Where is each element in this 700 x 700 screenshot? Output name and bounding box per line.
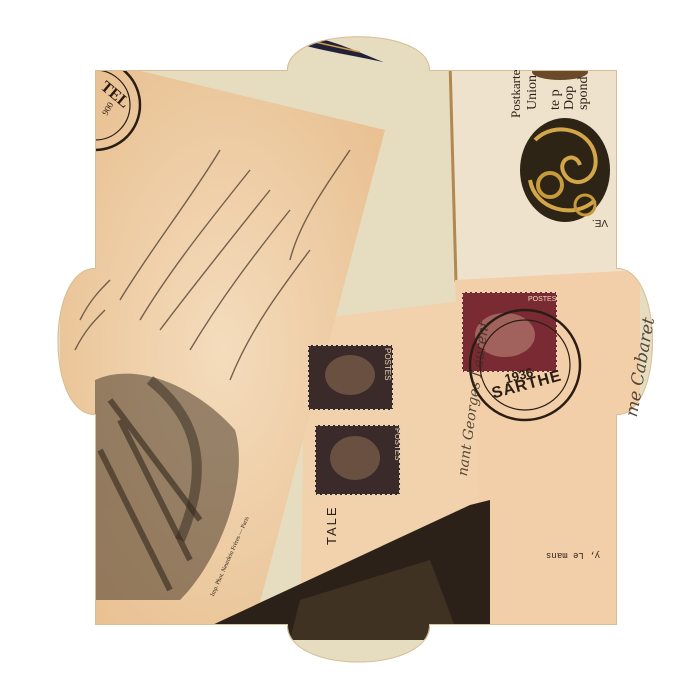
brass-ornament (520, 118, 610, 222)
tale-label: TALE (324, 505, 339, 545)
envelope-product: Postkarte Union te p Dop spond VE. TEL 9… (0, 0, 700, 700)
stamp-label-2: POSTES (393, 428, 402, 460)
top-right-footer: VE. (592, 217, 608, 228)
postkarte-text: Postkarte (508, 70, 524, 118)
stamp-label-1: POSTES (383, 348, 392, 380)
red-stamp-label: POSTES (528, 296, 556, 303)
union-text: Union (525, 75, 541, 110)
top-right-text-5: spond (576, 77, 592, 110)
bottom-right-imprint: y, Le mans (546, 550, 600, 560)
